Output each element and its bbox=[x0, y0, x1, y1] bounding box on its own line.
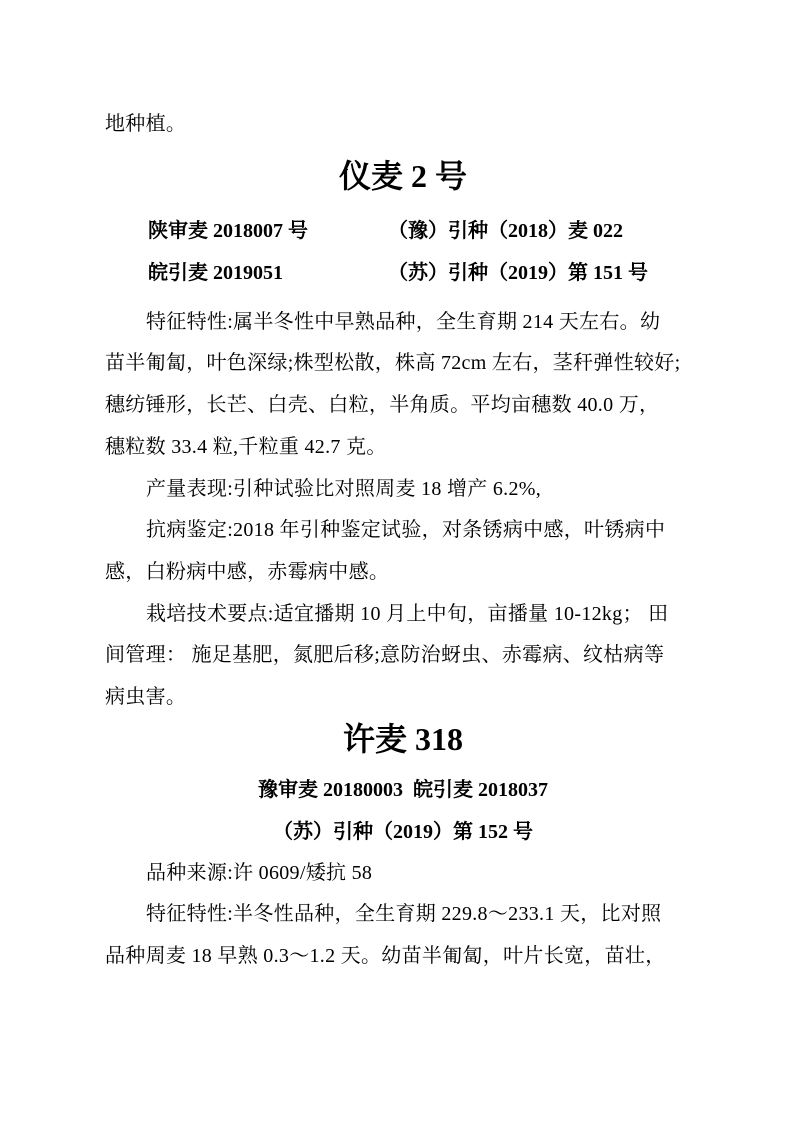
approval-row: 陕审麦 2018007 号 （豫）引种（2018）麦 022 bbox=[105, 210, 701, 252]
text-line: 品种周麦 18 早熟 0.3～1.2 天。幼苗半匍匐，叶片长宽，苗壮， bbox=[105, 936, 701, 978]
approval-codes-line: 豫审麦 20180003 皖引麦 2018037 bbox=[105, 769, 701, 811]
document-page: 地种植。 仪麦 2 号 陕审麦 2018007 号 （豫）引种（2018）麦 0… bbox=[0, 0, 793, 1122]
section-title-xumai318: 许麦 318 bbox=[105, 715, 701, 763]
approval-codes-yimai2: 陕审麦 2018007 号 （豫）引种（2018）麦 022 皖引麦 20190… bbox=[105, 210, 701, 294]
text-line: 苗半匍匐，叶色深绿;株型松散，株高 72cm 左右，茎秆弹性较好; bbox=[105, 343, 701, 385]
text-line: 穗纺锤形，长芒、白壳、白粒，半角质。平均亩穗数 40.0 万， bbox=[105, 385, 701, 427]
approval-row: 皖引麦 2019051 （苏）引种（2019）第 151 号 bbox=[105, 252, 701, 294]
approval-codes-line: （苏）引种（2019）第 152 号 bbox=[105, 811, 701, 853]
section-title-yimai2: 仪麦 2 号 bbox=[105, 152, 701, 200]
text-line: 产量表现:引种试验比对照周麦 18 增产 6.2%, bbox=[105, 469, 701, 511]
approval-code-left: 皖引麦 2019051 bbox=[148, 252, 388, 294]
approval-code-right: （豫）引种（2018）麦 022 bbox=[388, 210, 623, 252]
text-line: 特征特性:属半冬性中早熟品种，全生育期 214 天左右。幼 bbox=[105, 302, 701, 344]
intro-tail-line: 地种植。 bbox=[105, 104, 701, 146]
text-line: 病虫害。 bbox=[105, 677, 701, 719]
text-line: 间管理： 施足基肥，氮肥后移;意防治蚜虫、赤霉病、纹枯病等 bbox=[105, 635, 701, 677]
paragraph-yield: 产量表现:引种试验比对照周麦 18 增产 6.2%, bbox=[105, 469, 701, 511]
approval-code-left: 陕审麦 2018007 号 bbox=[148, 210, 388, 252]
paragraph-origin: 品种来源:许 0609/矮抗 58 bbox=[105, 853, 701, 895]
approval-code-right: （苏）引种（2019）第 151 号 bbox=[388, 252, 648, 294]
text-line: 特征特性:半冬性品种，全生育期 229.8～233.1 天，比对照 bbox=[105, 894, 701, 936]
paragraph-traits-2: 特征特性:半冬性品种，全生育期 229.8～233.1 天，比对照 品种周麦 1… bbox=[105, 894, 701, 977]
text-line: 穗粒数 33.4 粒,千粒重 42.7 克。 bbox=[105, 427, 701, 469]
paragraph-traits: 特征特性:属半冬性中早熟品种，全生育期 214 天左右。幼 苗半匍匐，叶色深绿;… bbox=[105, 302, 701, 469]
page-content: 地种植。 仪麦 2 号 陕审麦 2018007 号 （豫）引种（2018）麦 0… bbox=[105, 104, 701, 978]
text-line: 栽培技术要点:适宜播期 10 月上中旬，亩播量 10-12kg； 田 bbox=[105, 594, 701, 636]
text-line: 感，白粉病中感，赤霉病中感。 bbox=[105, 552, 701, 594]
text-line: 抗病鉴定:2018 年引种鉴定试验，对条锈病中感，叶锈病中 bbox=[105, 510, 701, 552]
text-line: 品种来源:许 0609/矮抗 58 bbox=[105, 853, 701, 895]
paragraph-cultivation: 栽培技术要点:适宜播期 10 月上中旬，亩播量 10-12kg； 田 间管理： … bbox=[105, 594, 701, 719]
paragraph-disease: 抗病鉴定:2018 年引种鉴定试验，对条锈病中感，叶锈病中 感，白粉病中感，赤霉… bbox=[105, 510, 701, 593]
